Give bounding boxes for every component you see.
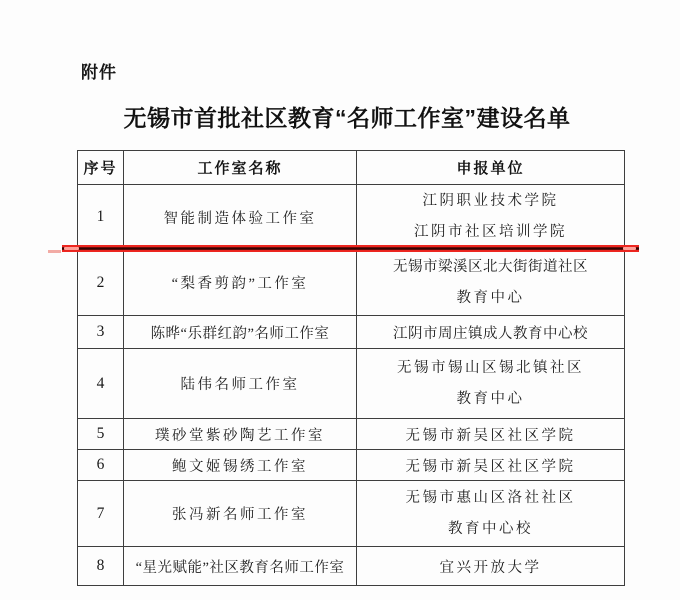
workshop-table: 序号 工作室名称 申报单位 1智能制造体验工作室江阴职业技术学院江阴市社区培训学… [77, 150, 625, 586]
applicant-unit-line: 教育中心校 [357, 514, 624, 545]
serial-number-cell: 8 [78, 547, 124, 586]
applicant-unit-line: 无锡市锡山区锡北镇社区 [357, 353, 624, 384]
workshop-name-cell: 张冯新名师工作室 [124, 481, 357, 547]
serial-number-cell: 7 [78, 481, 124, 547]
table-row: 2“梨香剪韵”工作室无锡市梁溪区北大街街道社区教育中心 [78, 250, 625, 316]
table-row: 4陆伟名师工作室无锡市锡山区锡北镇社区教育中心 [78, 349, 625, 419]
table-header-row: 序号 工作室名称 申报单位 [78, 151, 625, 185]
table-row: 6鲍文姬锡绣工作室无锡市新吴区社区学院 [78, 450, 625, 481]
workshop-name-cell: 鲍文姬锡绣工作室 [124, 450, 357, 481]
applicant-unit-cell: 宜兴开放大学 [357, 547, 625, 586]
red-line-right-highlight [623, 247, 636, 250]
document-page: 附件 无锡市首批社区教育“名师工作室”建设名单 序号 工作室名称 申报单位 1智… [0, 0, 680, 600]
serial-number-cell: 6 [78, 450, 124, 481]
workshop-name-cell: 陈晔“乐群红韵”名师工作室 [124, 316, 357, 349]
applicant-unit-line: 教育中心 [357, 384, 624, 415]
workshop-name-cell: “星光赋能”社区教育名师工作室 [124, 547, 357, 586]
table-row: 3陈晔“乐群红韵”名师工作室江阴市周庄镇成人教育中心校 [78, 316, 625, 349]
attachment-label: 附件 [81, 58, 117, 83]
workshop-name-cell: 陆伟名师工作室 [124, 349, 357, 419]
table-row: 1智能制造体验工作室江阴职业技术学院江阴市社区培训学院 [78, 185, 625, 250]
table-row: 8“星光赋能”社区教育名师工作室宜兴开放大学 [78, 547, 625, 586]
applicant-unit-cell: 无锡市梁溪区北大街街道社区教育中心 [357, 250, 625, 316]
applicant-unit-line: 无锡市新吴区社区学院 [357, 455, 624, 476]
applicant-unit-line: 宜兴开放大学 [357, 556, 624, 577]
column-header-serial: 序号 [78, 151, 124, 185]
red-annotation-line [62, 245, 639, 252]
applicant-unit-cell: 无锡市锡山区锡北镇社区教育中心 [357, 349, 625, 419]
applicant-unit-line: 无锡市梁溪区北大街街道社区 [357, 252, 624, 283]
applicant-unit-line: 无锡市惠山区洛社社区 [357, 483, 624, 514]
red-line-left-highlight [64, 247, 79, 250]
workshop-name-cell: “梨香剪韵”工作室 [124, 250, 357, 316]
applicant-unit-cell: 江阴职业技术学院江阴市社区培训学院 [357, 185, 625, 250]
workshop-name-cell: 璞砂堂紫砂陶艺工作室 [124, 419, 357, 450]
applicant-unit-cell: 无锡市惠山区洛社社区教育中心校 [357, 481, 625, 547]
applicant-unit-cell: 江阴市周庄镇成人教育中心校 [357, 316, 625, 349]
applicant-unit-line: 教育中心 [357, 283, 624, 314]
workshop-name-cell: 智能制造体验工作室 [124, 185, 357, 250]
page-title: 无锡市首批社区教育“名师工作室”建设名单 [67, 100, 627, 133]
serial-number-cell: 3 [78, 316, 124, 349]
table-row: 7张冯新名师工作室无锡市惠山区洛社社区教育中心校 [78, 481, 625, 547]
serial-number-cell: 4 [78, 349, 124, 419]
serial-number-cell: 2 [78, 250, 124, 316]
table-row: 5璞砂堂紫砂陶艺工作室无锡市新吴区社区学院 [78, 419, 625, 450]
column-header-workshop-name: 工作室名称 [124, 151, 357, 185]
applicant-unit-line: 江阴职业技术学院 [357, 186, 624, 217]
column-header-applicant-unit: 申报单位 [357, 151, 625, 185]
serial-number-cell: 1 [78, 185, 124, 250]
applicant-unit-cell: 无锡市新吴区社区学院 [357, 419, 625, 450]
serial-number-cell: 5 [78, 419, 124, 450]
applicant-unit-cell: 无锡市新吴区社区学院 [357, 450, 625, 481]
red-line-left-handle [48, 250, 61, 253]
applicant-unit-line: 江阴市社区培训学院 [357, 217, 624, 248]
applicant-unit-line: 无锡市新吴区社区学院 [357, 424, 624, 445]
applicant-unit-line: 江阴市周庄镇成人教育中心校 [357, 322, 624, 343]
